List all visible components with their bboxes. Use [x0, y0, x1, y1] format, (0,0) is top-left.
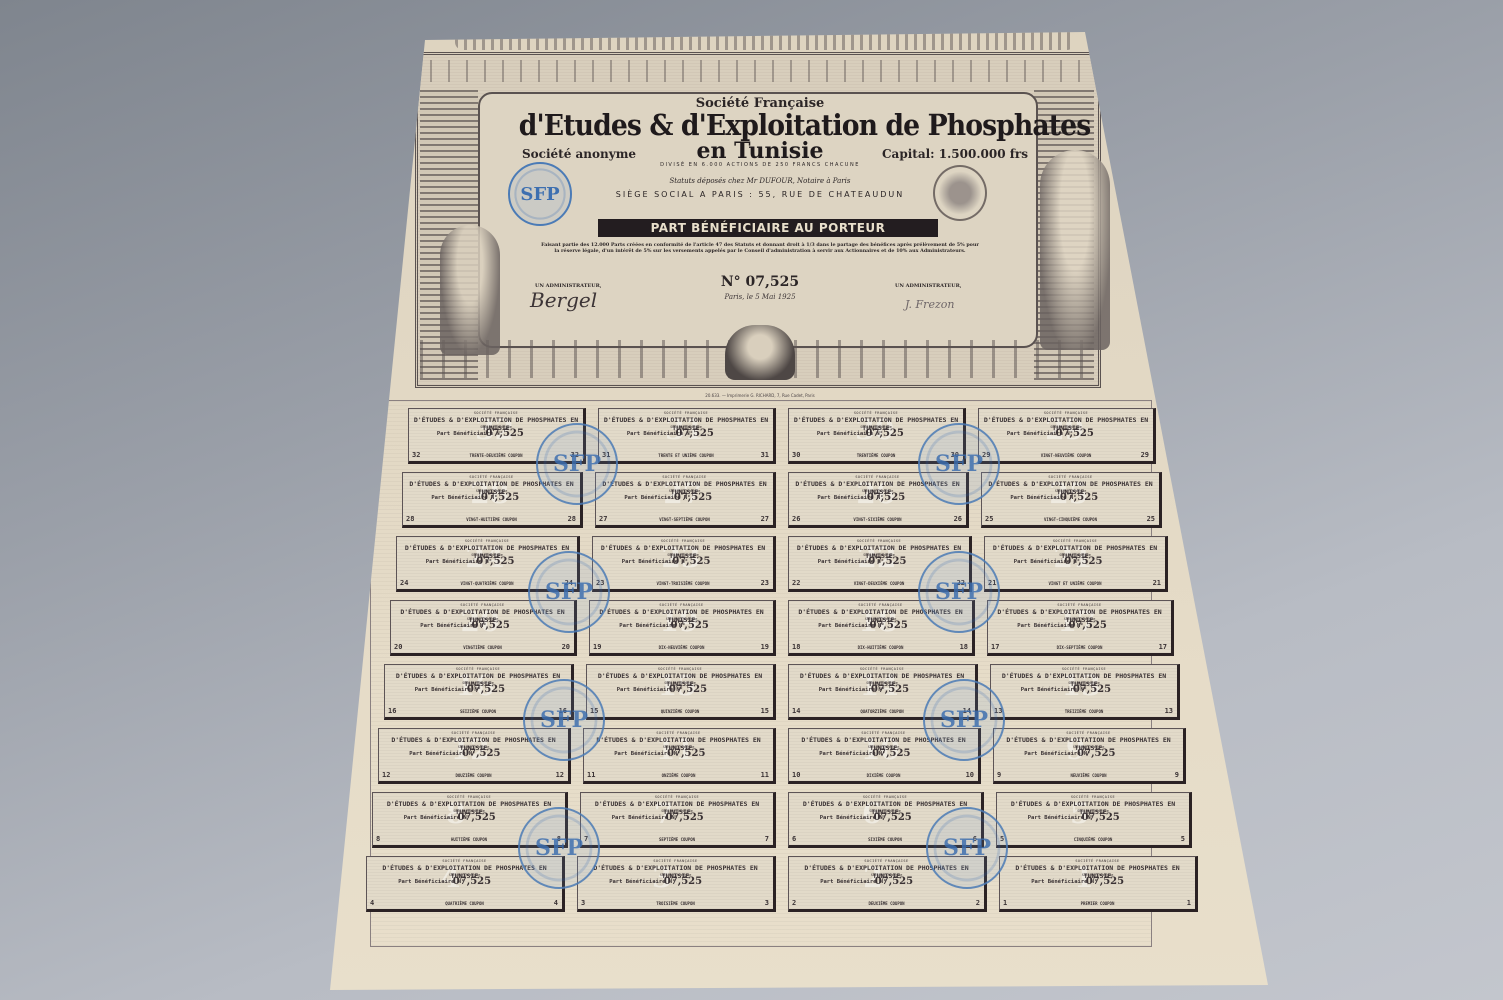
coupon-27: 27SOCIÉTÉ FRANÇAISED'ÉTUDES & D'EXPLOITA…: [595, 472, 776, 528]
coupon-index-right: 12: [556, 771, 564, 779]
coupon-29: 29SOCIÉTÉ FRANÇAISED'ÉTUDES & D'EXPLOITA…: [978, 408, 1156, 464]
coupon-15: 15SOCIÉTÉ FRANÇAISED'ÉTUDES & D'EXPLOITA…: [586, 664, 776, 720]
coupon-number: 07,525: [664, 876, 702, 887]
coupon-number: 07,525: [872, 748, 910, 759]
printer-line: 20.633. — Imprimerie G. RICHARD, 7, Rue …: [640, 393, 880, 398]
coupon-header: SOCIÉTÉ FRANÇAISE: [590, 603, 773, 607]
coupon-19: 19SOCIÉTÉ FRANÇAISED'ÉTUDES & D'EXPLOITA…: [589, 600, 776, 656]
coupon-header: SOCIÉTÉ FRANÇAISE: [789, 411, 963, 415]
coupon-header: SOCIÉTÉ FRANÇAISE: [385, 667, 571, 671]
coupon-index-right: 7: [765, 835, 769, 843]
seal-monogram: SFP: [540, 707, 588, 733]
coupon-index-right: 23: [761, 579, 769, 587]
coupon-label: VINGT-SIXIÈME COUPON: [789, 517, 966, 522]
coupon-number: 07,525: [453, 876, 491, 887]
coupon-index-right: 27: [761, 515, 769, 523]
coupon-header: SOCIÉTÉ FRANÇAISE: [988, 603, 1171, 607]
coupon-header: SOCIÉTÉ FRANÇAISE: [373, 795, 565, 799]
coupon-label: ONZIÈME COUPON: [584, 773, 773, 778]
coupon-label: NEUVIÈME COUPON: [994, 773, 1183, 778]
coupon-index-left: 6: [792, 835, 796, 843]
coupon-index-right: 18: [960, 643, 968, 651]
coupon-number: 07,525: [665, 812, 703, 823]
coupon-number: 07,525: [472, 620, 510, 631]
coupon-label: DIXIÈME COUPON: [789, 773, 978, 778]
coupon-seal-icon: SFP: [523, 679, 605, 761]
seal-monogram: SFP: [943, 835, 991, 861]
coupon-header: SOCIÉTÉ FRANÇAISE: [599, 411, 773, 415]
coupon-header: SOCIÉTÉ FRANÇAISE: [581, 795, 773, 799]
coupon-5: 5SOCIÉTÉ FRANÇAISED'ÉTUDES & D'EXPLOITAT…: [996, 792, 1192, 848]
coupon-index-left: 11: [587, 771, 595, 779]
coupon-index-right: 13: [1165, 707, 1173, 715]
coupon-index-left: 17: [991, 643, 999, 651]
coupon-index-left: 14: [792, 707, 800, 715]
seal-monogram: SFP: [553, 451, 601, 477]
coupon-index-left: 10: [792, 771, 800, 779]
coupon-number: 07,525: [1060, 492, 1098, 503]
coupon-header: SOCIÉTÉ FRANÇAISE: [596, 475, 773, 479]
coupon-index-left: 4: [370, 899, 374, 907]
tax-stamp-icon: [933, 165, 987, 221]
allegorical-figure-left-icon: [440, 225, 500, 355]
coupon-seal-icon: SFP: [923, 679, 1005, 761]
coupon-label: DEUXIÈME COUPON: [789, 901, 984, 906]
coupon-number: 07,525: [1064, 556, 1102, 567]
coupon-7: 7SOCIÉTÉ FRANÇAISED'ÉTUDES & D'EXPLOITAT…: [580, 792, 776, 848]
coupon-index-left: 12: [382, 771, 390, 779]
top-ornamental-frieze: [455, 30, 1075, 50]
coupon-number: 07,525: [868, 556, 906, 567]
coupon-label: DIX-NEUVIÈME COUPON: [590, 645, 773, 650]
coupon-9: 9SOCIÉTÉ FRANÇAISED'ÉTUDES & D'EXPLOITAT…: [993, 728, 1186, 784]
coupon-index-right: 15: [761, 707, 769, 715]
siege-social: SIÈGE SOCIAL A PARIS : 55, RUE DE CHATEA…: [595, 190, 925, 199]
coupon-index-right: 31: [761, 451, 769, 459]
coupon-index-right: 29: [1141, 451, 1149, 459]
coupon-seal-icon: SFP: [926, 807, 1008, 889]
coupon-11: 11SOCIÉTÉ FRANÇAISED'ÉTUDES & D'EXPLOITA…: [583, 728, 776, 784]
coupon-label: QUATRIÈME COUPON: [367, 901, 562, 906]
coupon-number: 07,525: [873, 812, 911, 823]
coupon-number: 07,525: [866, 428, 904, 439]
coupon-index-right: 26: [954, 515, 962, 523]
signature-left: Bergel: [530, 288, 597, 312]
coupon-label: TROISIÈME COUPON: [578, 901, 773, 906]
coupon-header: SOCIÉTÉ FRANÇAISE: [584, 731, 773, 735]
coupon-grid: 32SOCIÉTÉ FRANÇAISED'ÉTUDES & D'EXPLOITA…: [378, 403, 1143, 943]
coupon-number: 07,525: [1073, 684, 1111, 695]
certificate-sheet: Société Française d'Etudes & d'Exploitat…: [0, 0, 1503, 1000]
coupon-index-right: 9: [1175, 771, 1179, 779]
coupon-header: SOCIÉTÉ FRANÇAISE: [397, 539, 577, 543]
coupon-label: CINQUIÈME COUPON: [997, 837, 1189, 842]
coupon-number: 07,525: [1081, 812, 1119, 823]
coupon-index-left: 22: [792, 579, 800, 587]
coupon-label: DOUZIÈME COUPON: [379, 773, 568, 778]
coupon-label: TREIZIÈME COUPON: [991, 709, 1177, 714]
coupon-header: SOCIÉTÉ FRANÇAISE: [789, 795, 981, 799]
coupon-1: 1SOCIÉTÉ FRANÇAISED'ÉTUDES & D'EXPLOITAT…: [999, 856, 1198, 912]
coupon-13: 13SOCIÉTÉ FRANÇAISED'ÉTUDES & D'EXPLOITA…: [990, 664, 1180, 720]
coupon-header: SOCIÉTÉ FRANÇAISE: [587, 667, 773, 671]
coupon-header: SOCIÉTÉ FRANÇAISE: [409, 411, 583, 415]
coupon-number: 07,525: [1056, 428, 1094, 439]
coupon-number: 07,525: [667, 748, 705, 759]
coupon-number: 07,525: [1077, 748, 1115, 759]
coupon-number: 07,525: [867, 492, 905, 503]
coupon-seal-icon: SFP: [536, 423, 618, 505]
coupon-label: PREMIER COUPON: [1000, 901, 1195, 906]
issue-date: Paris, le 5 Mai 1925: [680, 293, 840, 301]
seal-monogram: SFP: [545, 579, 593, 605]
coupon-21: 21SOCIÉTÉ FRANÇAISED'ÉTUDES & D'EXPLOITA…: [984, 536, 1168, 592]
coupon-index-left: 3: [581, 899, 585, 907]
coupon-header: SOCIÉTÉ FRANÇAISE: [985, 539, 1165, 543]
coupon-index-left: 18: [792, 643, 800, 651]
coupon-number: 07,525: [871, 684, 909, 695]
share-division: DIVISÉ EN 6.000 ACTIONS DE 250 FRANCS CH…: [620, 162, 900, 168]
company-name: d'Etudes & d'Exploitation de Phosphates: [519, 108, 997, 142]
coupon-seal-icon: SFP: [918, 423, 1000, 505]
coupon-seal-icon: SFP: [918, 551, 1000, 633]
coupon-header: SOCIÉTÉ FRANÇAISE: [982, 475, 1159, 479]
legal-form: Société anonyme: [522, 147, 636, 161]
coupon-header: SOCIÉTÉ FRANÇAISE: [994, 731, 1183, 735]
clause-text: Faisant partie des 12.000 Parts créées e…: [540, 242, 980, 254]
coupon-number: 07,525: [476, 556, 514, 567]
statuts-line: Statuts déposés chez Mr DUFOUR, Notaire …: [610, 177, 910, 185]
coupon-label: VINGT ET UNIÈME COUPON: [985, 581, 1165, 586]
coupon-label: SEPTIÈME COUPON: [581, 837, 773, 842]
coupon-index-left: 27: [599, 515, 607, 523]
company-seal-icon: SFP: [508, 162, 572, 226]
coupon-number: 07,525: [481, 492, 519, 503]
coupon-index-right: 20: [562, 643, 570, 651]
coupon-index-left: 9: [997, 771, 1001, 779]
coupon-index-left: 19: [593, 643, 601, 651]
signature-right: J. Frezon: [905, 298, 954, 311]
coupon-label: VINGT-HUITIÈME COUPON: [403, 517, 580, 522]
coupon-number: 07,525: [462, 748, 500, 759]
coupon-31: 31SOCIÉTÉ FRANÇAISED'ÉTUDES & D'EXPLOITA…: [598, 408, 776, 464]
coupon-index-right: 28: [568, 515, 576, 523]
coupon-number: 07,525: [676, 428, 714, 439]
ornament-band: [430, 60, 1080, 82]
coupon-index-left: 25: [985, 515, 993, 523]
coupon-index-right: 2: [976, 899, 980, 907]
coupon-label: DIX-HUITIÈME COUPON: [789, 645, 972, 650]
coupon-number: 07,525: [875, 876, 913, 887]
coupon-index-left: 26: [792, 515, 800, 523]
coupon-label: DIX-SEPTIÈME COUPON: [988, 645, 1171, 650]
coupon-index-right: 25: [1147, 515, 1155, 523]
coupon-header: SOCIÉTÉ FRANÇAISE: [991, 667, 1177, 671]
coupon-number: 07,525: [669, 684, 707, 695]
coupon-header: SOCIÉTÉ FRANÇAISE: [593, 539, 773, 543]
coupon-index-right: 11: [761, 771, 769, 779]
coupon-index-left: 20: [394, 643, 402, 651]
coupon-label: QUINZIÈME COUPON: [587, 709, 773, 714]
coupon-label: TRENTE ET UNIÈME COUPON: [599, 453, 773, 458]
coupon-header: SOCIÉTÉ FRANÇAISE: [979, 411, 1153, 415]
coupon-23: 23SOCIÉTÉ FRANÇAISED'ÉTUDES & D'EXPLOITA…: [592, 536, 776, 592]
seal-monogram: SFP: [935, 451, 983, 477]
seal-monogram: SFP: [935, 579, 983, 605]
coupon-index-right: 5: [1181, 835, 1185, 843]
coupon-number: 07,525: [486, 428, 524, 439]
coupon-17: 17SOCIÉTÉ FRANÇAISED'ÉTUDES & D'EXPLOITA…: [987, 600, 1174, 656]
coupon-number: 07,525: [1069, 620, 1107, 631]
coupon-index-right: 19: [761, 643, 769, 651]
coupon-label: VINGT-NEUVIÈME COUPON: [979, 453, 1153, 458]
coupon-header: SOCIÉTÉ FRANÇAISE: [578, 859, 773, 863]
coupon-number: 07,525: [672, 556, 710, 567]
company-region: en Tunisie: [600, 138, 920, 164]
coupon-header: SOCIÉTÉ FRANÇAISE: [789, 667, 975, 671]
coupon-index-right: 10: [966, 771, 974, 779]
certificate-number: N° 07,525: [700, 274, 820, 290]
seal-monogram: SFP: [535, 835, 583, 861]
coupon-seal-icon: SFP: [528, 551, 610, 633]
coupon-header: SOCIÉTÉ FRANÇAISE: [789, 539, 969, 543]
coupon-25: 25SOCIÉTÉ FRANÇAISED'ÉTUDES & D'EXPLOITA…: [981, 472, 1162, 528]
coupon-number: 07,525: [671, 620, 709, 631]
capital: Capital: 1.500.000 frs: [882, 147, 1028, 161]
type-banner: PART BÉNÉFICIAIRE AU PORTEUR: [598, 219, 938, 237]
coupon-number: 07,525: [1086, 876, 1124, 887]
coupon-index-left: 1: [1003, 899, 1007, 907]
allegorical-figure-right-icon: [1040, 150, 1110, 350]
coupon-index-right: 21: [1153, 579, 1161, 587]
coupon-seal-icon: SFP: [518, 807, 600, 889]
coupon-number: 07,525: [467, 684, 505, 695]
seal-monogram: SFP: [520, 184, 559, 205]
coupon-index-left: 2: [792, 899, 796, 907]
coupon-label: VINGT-TROISIÈME COUPON: [593, 581, 773, 586]
coupon-index-left: 24: [400, 579, 408, 587]
coupon-label: VINGT-CINQUIÈME COUPON: [982, 517, 1159, 522]
coupon-3: 3SOCIÉTÉ FRANÇAISED'ÉTUDES & D'EXPLOITAT…: [577, 856, 776, 912]
coupon-index-left: 30: [792, 451, 800, 459]
coupon-index-left: 8: [376, 835, 380, 843]
coupon-index-left: 16: [388, 707, 396, 715]
coupon-number: 07,525: [457, 812, 495, 823]
coupon-index-right: 1: [1187, 899, 1191, 907]
coupon-index-left: 28: [406, 515, 414, 523]
coupon-index-right: 17: [1159, 643, 1167, 651]
admin-right-label: UN ADMINISTRATEUR,: [895, 283, 962, 289]
coupon-index-left: 32: [412, 451, 420, 459]
coupon-header: SOCIÉTÉ FRANÇAISE: [1000, 859, 1195, 863]
coupon-number: 07,525: [870, 620, 908, 631]
coupon-label: VINGT-SEPTIÈME COUPON: [596, 517, 773, 522]
coupon-label: VINGTIÈME COUPON: [391, 645, 574, 650]
mask-ornament-icon: [725, 325, 795, 380]
seal-monogram: SFP: [940, 707, 988, 733]
coupon-index-right: 4: [554, 899, 558, 907]
coupon-header: SOCIÉTÉ FRANÇAISE: [997, 795, 1189, 799]
coupon-number: 07,525: [674, 492, 712, 503]
coupon-index-right: 3: [765, 899, 769, 907]
